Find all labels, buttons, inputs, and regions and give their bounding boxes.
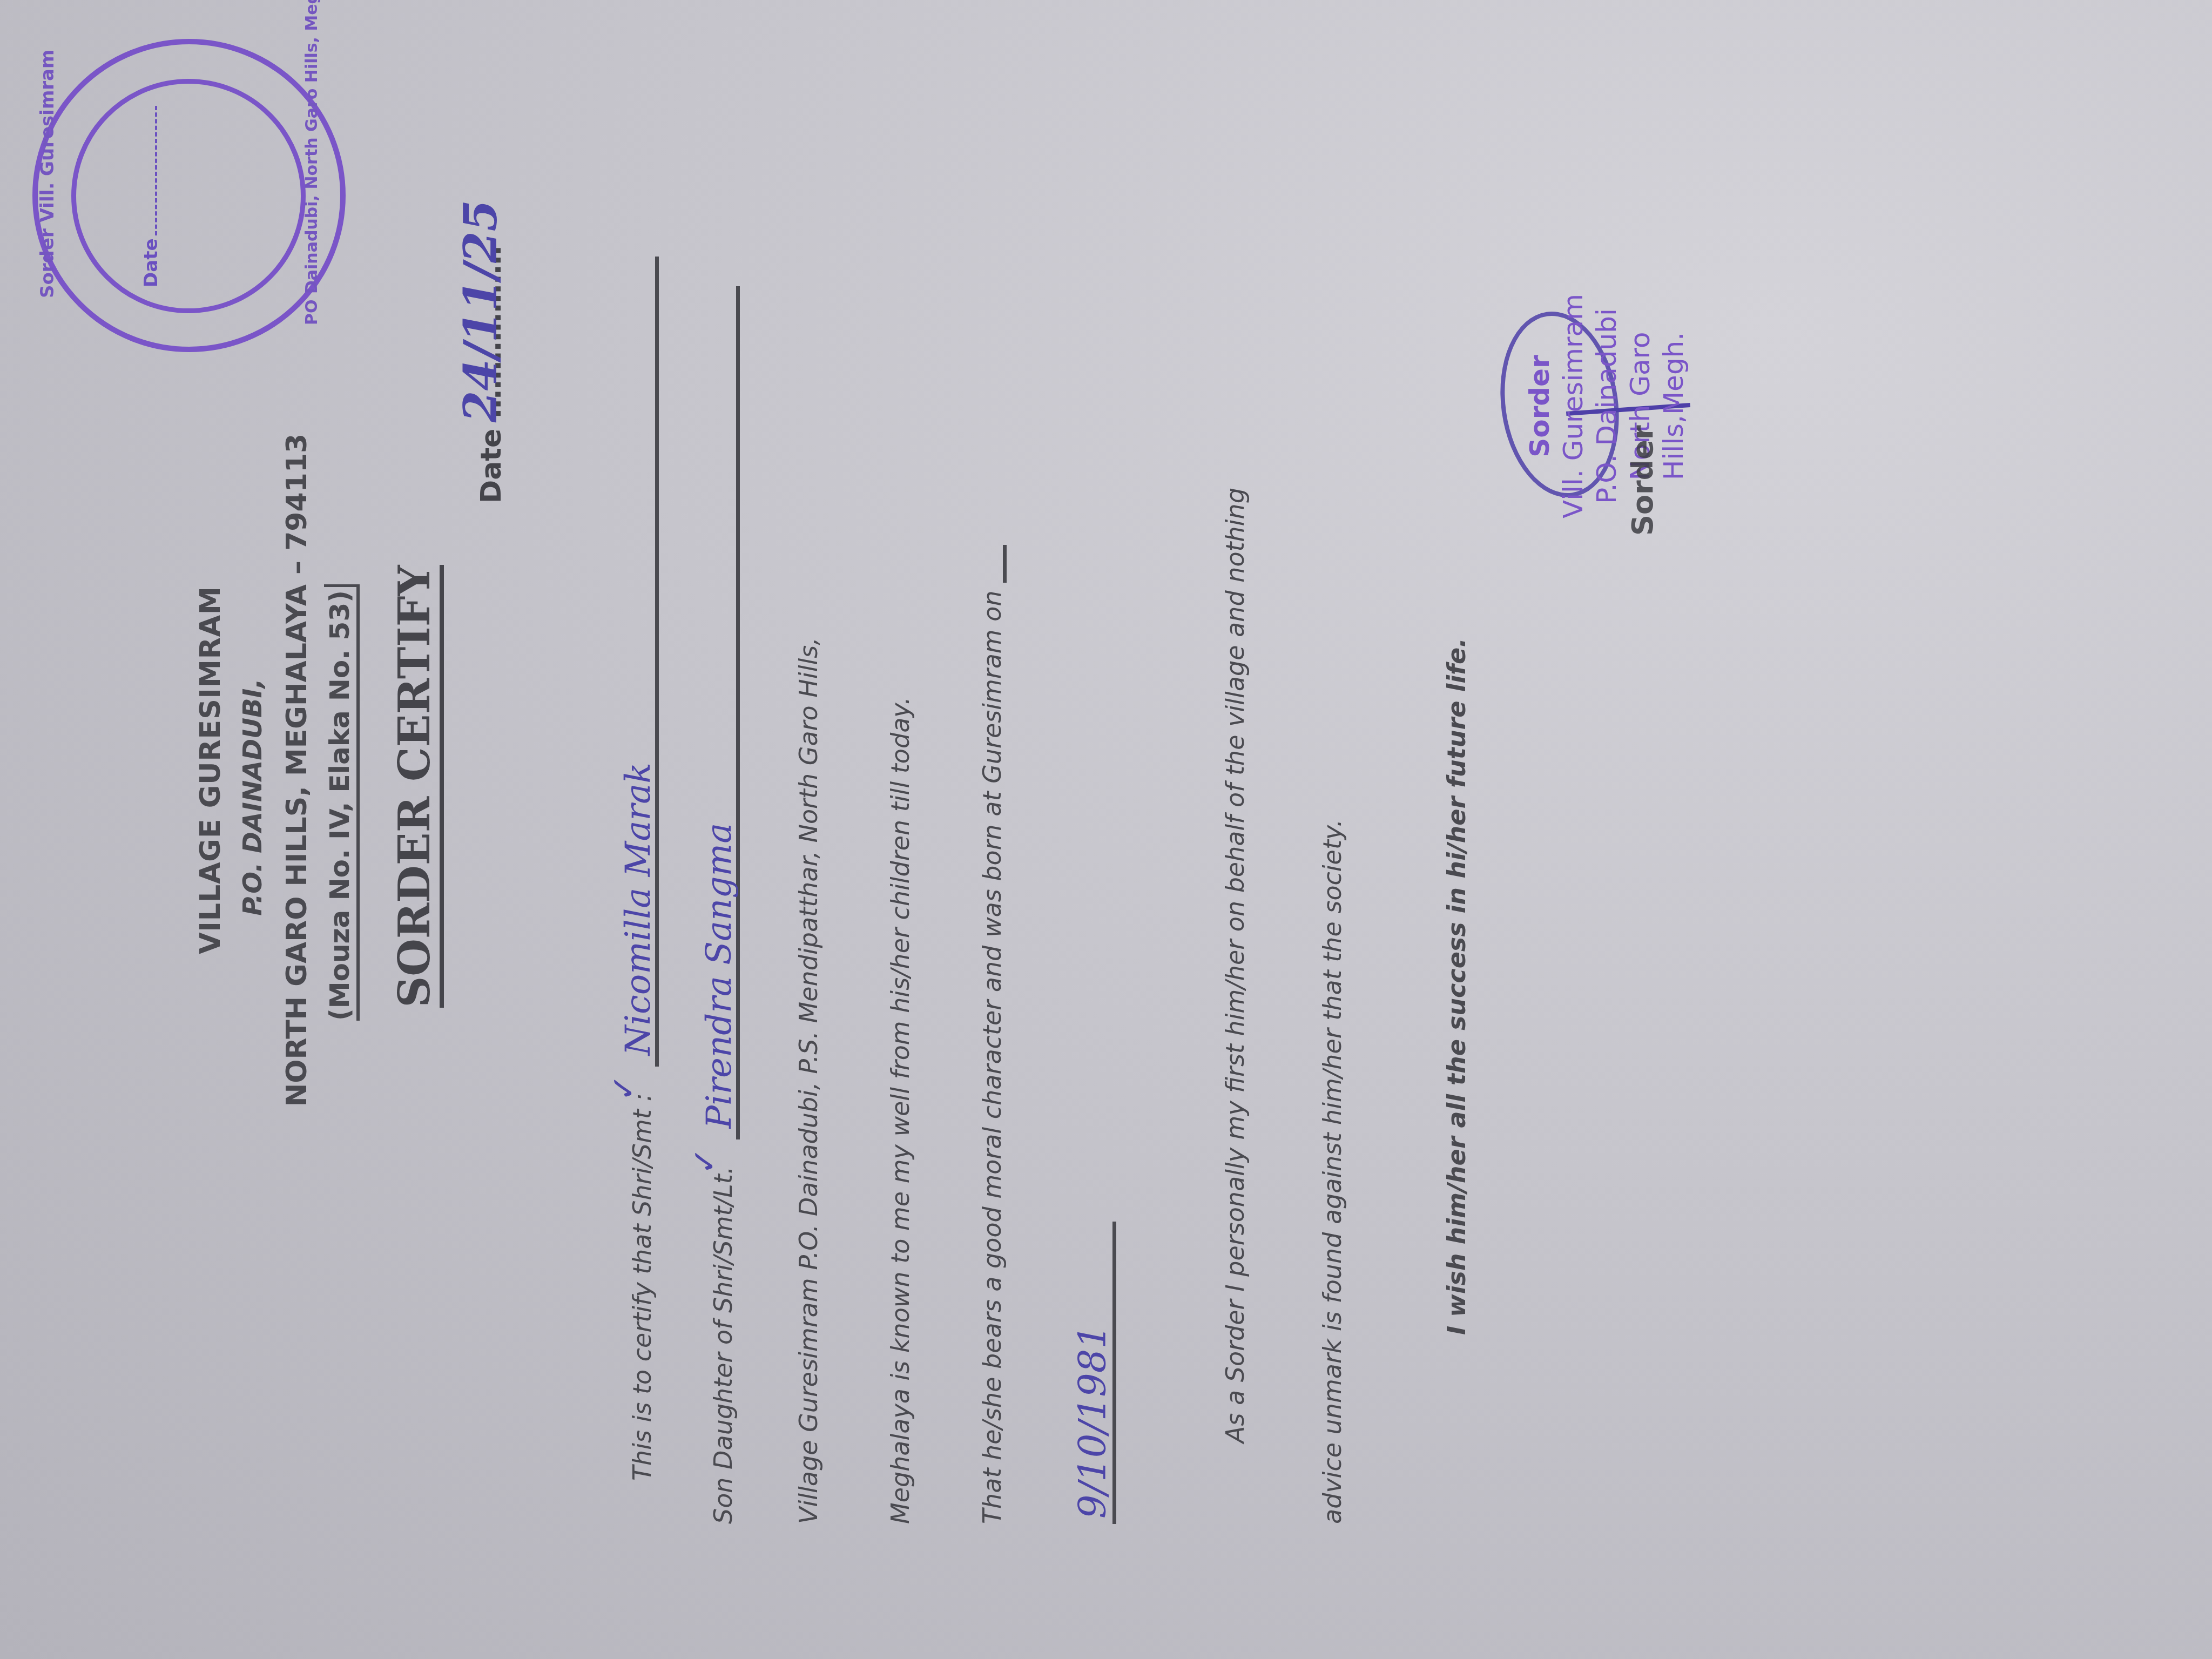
issue-date: Date .................. 24/11/25 — [475, 246, 508, 503]
sorder-statement-line: As a Sorder I personally my first him/he… — [1220, 488, 1250, 1443]
name-fill-line: Nicomilla Marak — [655, 257, 659, 1067]
no-adverse-remark-line: advice unmark is found against him/her t… — [1318, 819, 1347, 1524]
printed-sorder-label: Sorder — [1626, 425, 1660, 536]
best-wishes-line: I wish him/her all the success in hi/her… — [1442, 638, 1471, 1335]
date-of-birth-fill-line: 9/10/1981 — [1112, 1222, 1116, 1524]
handwritten-issue-date: 24/11/25 — [454, 200, 507, 422]
tick-mark-icon: ✓ — [605, 1074, 643, 1101]
stamp-ring-bottom-text: PO Dainadubi, North Garo Hills, Megh. — [302, 0, 321, 325]
certificate-title: SORDER CERTIFY — [389, 0, 440, 1659]
handwritten-date-of-birth: 9/10/1981 — [1070, 1325, 1115, 1519]
stamp-ring-top-text: Sorder Vill. Guresimram — [37, 50, 58, 298]
seal-village: Vill. Guresimram — [1556, 266, 1590, 547]
parent-fill-line: Pirendra Sangma — [736, 286, 740, 1139]
parent-name-line: Son Daughter of Shri/Smt/Lt. ✓ Pirendra … — [702, 286, 740, 1524]
handwritten-parent-name: Pirendra Sangma — [699, 823, 739, 1129]
known-since-line: Meghalaya is known to me my well from hi… — [886, 697, 915, 1524]
moral-character-line: That he/she bears a good moral character… — [977, 545, 1007, 1524]
certify-name-line: This is to certify that Shri/Smt : ✓ Nic… — [621, 257, 659, 1481]
address-line: Village Guresimram P.O. Dainadubi, P.S. … — [794, 637, 823, 1524]
handwritten-name: Nicomilla Marak — [618, 763, 658, 1056]
seal-title: Sorder — [1523, 266, 1556, 547]
stamp-date-line — [155, 106, 157, 235]
certificate-document: VILLAGE GURESIMRAM P.O. DAINADUBI, NORTH… — [0, 0, 2212, 1659]
seal-post-office: P.O. Dainadubi — [1590, 266, 1623, 547]
stamp-date-field: Date — [140, 106, 162, 287]
birth-fill-stub — [1003, 545, 1007, 583]
stamp-inner-ring — [71, 79, 306, 313]
tick-mark-icon: ✓ — [686, 1148, 724, 1175]
official-round-stamp: Sorder Vill. Guresimram PO Dainadubi, No… — [32, 39, 346, 352]
sorder-seal-block: Sorder Vill. Guresimram P.O. Dainadubi N… — [1523, 266, 1690, 547]
